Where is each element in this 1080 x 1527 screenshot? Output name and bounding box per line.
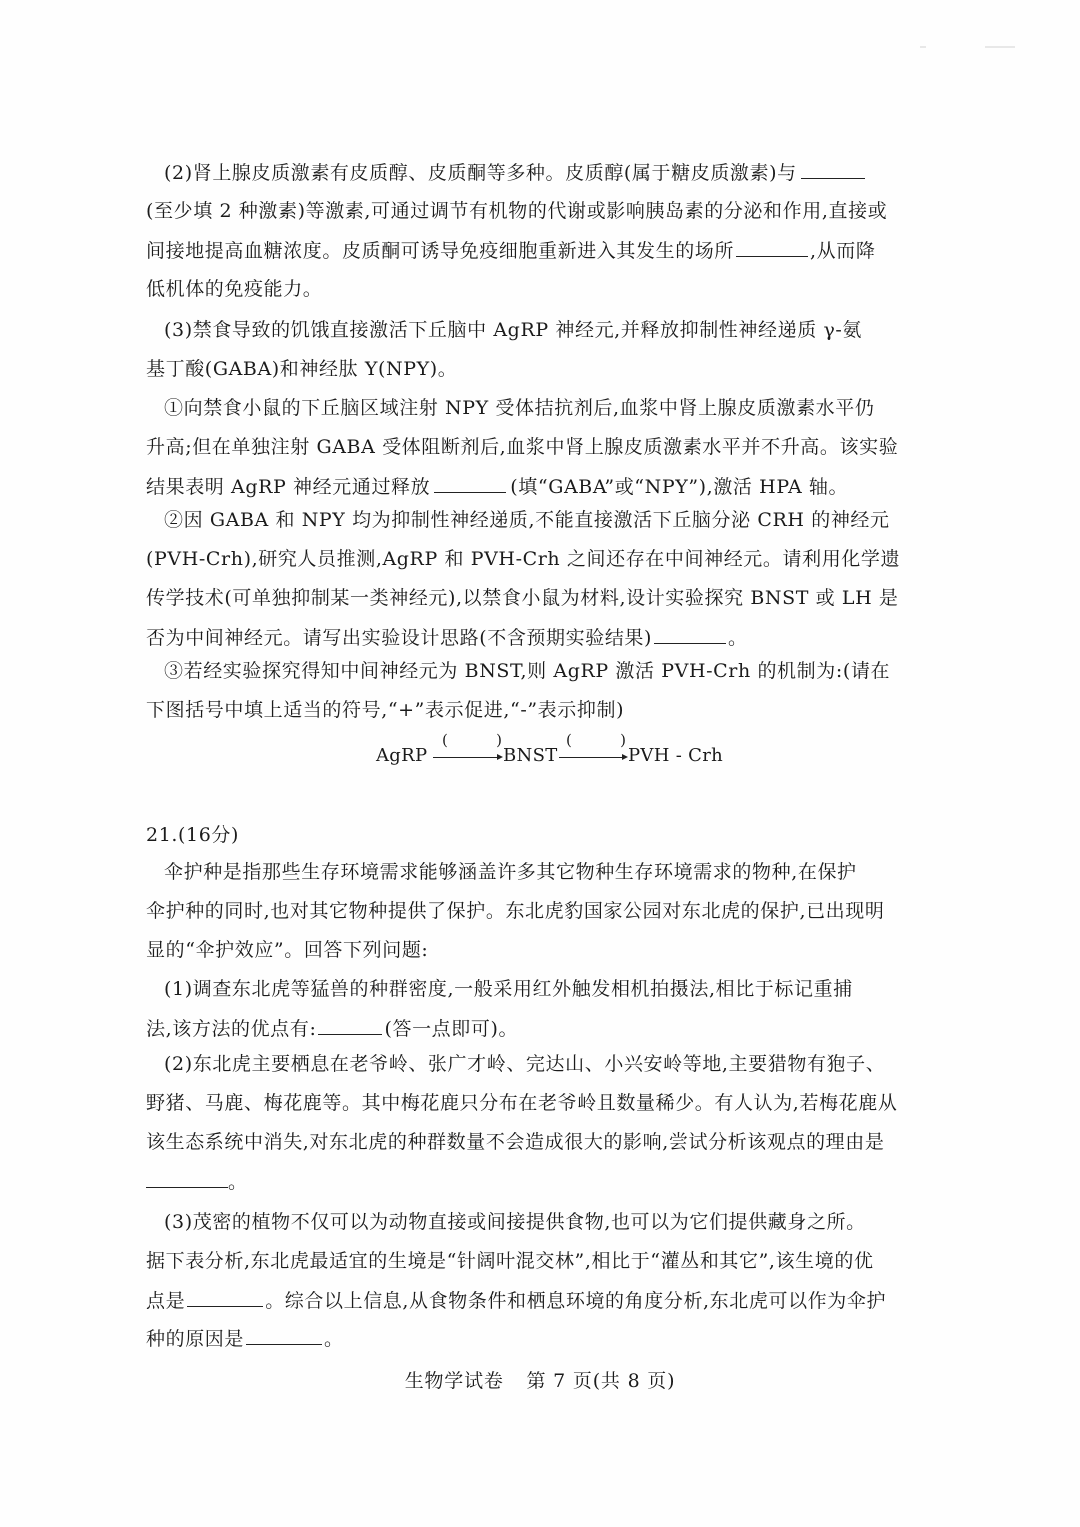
scan-artifact xyxy=(985,46,1015,48)
q20-part2-line4: 低机体的免疫能力。 xyxy=(146,277,946,301)
q20-sub1-line1: ①向禁食小鼠的下丘脑区域注射 NPY 受体拮抗剂后,血浆中肾上腺皮质激素水平仍 xyxy=(164,396,964,420)
q20-sub3-line2: 下图括号中填上适当的符号,“+”表示促进,“-”表示抑制) xyxy=(146,698,946,722)
q20-sub3-line1: ③若经实验探究得知中间神经元为 BNST,则 AgRP 激活 PVH-Crh 的… xyxy=(164,659,964,683)
q20-sub2-line2: (PVH-Crh),研究人员推测,AgRP 和 PVH-Crh 之间还存在中间神… xyxy=(146,547,946,571)
q20-part3-line2: 基丁酸(GABA)和神经肽 Y(NPY)。 xyxy=(146,357,946,381)
text: 。 xyxy=(228,1171,248,1193)
q21-part3-line4: 种的原因是。 xyxy=(146,1326,946,1351)
paren-open: ( xyxy=(566,731,572,749)
node-bnst: BNST xyxy=(503,745,558,766)
answer-blank[interactable] xyxy=(654,625,726,644)
answer-blank[interactable] xyxy=(736,238,808,257)
text: (答一点即可)。 xyxy=(384,1018,518,1040)
q20-sub2-line1: ②因 GABA 和 NPY 均为抑制性神经递质,不能直接激活下丘脑分泌 CRH … xyxy=(164,508,964,532)
q20-part2-line3: 间接地提高血糖浓度。皮质酮可诱导免疫细胞重新进入其发生的场所,从而降 xyxy=(146,238,946,263)
answer-blank[interactable] xyxy=(318,1016,382,1035)
blank-parens-1[interactable]: ( ) xyxy=(442,731,502,749)
node-pvh-crh: PVH - Crh xyxy=(628,745,723,766)
paren-close: ) xyxy=(496,731,502,749)
q20-sub2-line4: 否为中间神经元。请写出实验设计思路(不含预期实验结果)。 xyxy=(146,625,946,650)
q20-sub1-line2: 升高;但在单独注射 GABA 受体阻断剂后,血浆中肾上腺皮质激素水平并不升高。该… xyxy=(146,435,946,459)
text: 。 xyxy=(324,1328,344,1350)
q21-part2-line4: 。 xyxy=(146,1169,946,1194)
blank-parens-2[interactable]: ( ) xyxy=(566,731,626,749)
exam-page: (2)肾上腺皮质激素有皮质醇、皮质酮等多种。皮质醇(属于糖皮质激素)与 (至少填… xyxy=(0,0,1080,1527)
q21-part3-line3: 点是。综合以上信息,从食物条件和栖息环境的角度分析,东北虎可以作为伞护 xyxy=(146,1288,946,1313)
q20-part2-line1: (2)肾上腺皮质激素有皮质醇、皮质酮等多种。皮质醇(属于糖皮质激素)与 xyxy=(164,160,944,185)
page-footer: 生物学试卷 第 7 页(共 8 页) xyxy=(0,1366,1080,1393)
q21-header: 21.(16分) xyxy=(146,823,946,847)
text: 法,该方法的优点有: xyxy=(146,1018,316,1040)
paren-close: ) xyxy=(620,731,626,749)
text: 否为中间神经元。请写出实验设计思路(不含预期实验结果) xyxy=(146,627,652,649)
q21-part3-line1: (3)茂密的植物不仅可以为动物直接或间接提供食物,也可以为它们提供藏身之所。 xyxy=(164,1210,964,1234)
answer-blank[interactable] xyxy=(146,1169,228,1188)
answer-blank[interactable] xyxy=(801,160,865,179)
q21-intro-line2: 伞护种的同时,也对其它物种提供了保护。东北虎豹国家公园对东北虎的保护,已出现明 xyxy=(146,899,946,923)
text: 种的原因是 xyxy=(146,1328,244,1350)
text: 间接地提高血糖浓度。皮质酮可诱导免疫细胞重新进入其发生的场所 xyxy=(146,240,734,262)
text: 结果表明 AgRP 神经元通过释放 xyxy=(146,476,430,498)
q20-part3-line1: (3)禁食导致的饥饿直接激活下丘脑中 AgRP 神经元,并释放抑制性神经递质 γ… xyxy=(164,318,964,342)
footer-page-number: 第 7 页(共 8 页) xyxy=(527,1370,676,1392)
text: (填“GABA”或“NPY”),激活 HPA 轴。 xyxy=(510,476,848,498)
text: 。综合以上信息,从食物条件和栖息环境的角度分析,东北虎可以作为伞护 xyxy=(265,1290,886,1312)
scan-artifact xyxy=(920,46,926,48)
footer-subject: 生物学试卷 xyxy=(405,1370,504,1392)
text: 。 xyxy=(728,627,748,649)
text: (2)肾上腺皮质激素有皮质醇、皮质酮等多种。皮质醇(属于糖皮质激素)与 xyxy=(164,162,797,184)
q21-part2-line1: (2)东北虎主要栖息在老爷岭、张广才岭、完达山、小兴安岭等地,主要猎物有狍子、 xyxy=(164,1052,964,1076)
arrow-icon xyxy=(559,757,626,758)
q21-intro-line1: 伞护种是指那些生存环境需求能够涵盖许多其它物种生存环境需求的物种,在保护 xyxy=(164,860,964,884)
q21-part1-line1: (1)调查东北虎等猛兽的种群密度,一般采用红外触发相机拍摄法,相比于标记重捕 xyxy=(164,977,964,1001)
q21-intro-line3: 显的“伞护效应”。回答下列问题: xyxy=(146,938,946,962)
answer-blank[interactable] xyxy=(187,1288,263,1307)
node-agrp: AgRP xyxy=(376,745,427,766)
answer-blank[interactable] xyxy=(246,1326,322,1345)
q20-sub1-line3: 结果表明 AgRP 神经元通过释放(填“GABA”或“NPY”),激活 HPA … xyxy=(146,474,946,499)
answer-blank[interactable] xyxy=(434,474,506,493)
q20-sub2-line3: 传学技术(可单独抑制某一类神经元),以禁食小鼠为材料,设计实验探究 BNST 或… xyxy=(146,586,946,610)
q21-part2-line2: 野猪、马鹿、梅花鹿等。其中梅花鹿只分布在老爷岭且数量稀少。有人认为,若梅花鹿从 xyxy=(146,1091,946,1115)
q21-part2-line3: 该生态系统中消失,对东北虎的种群数量不会造成很大的影响,尝试分析该观点的理由是 xyxy=(146,1130,946,1154)
arrow-icon xyxy=(433,757,501,758)
q20-part2-line2: (至少填 2 种激素)等激素,可通过调节有机物的代谢或影响胰岛素的分泌和作用,直… xyxy=(146,199,946,223)
q21-part1-line2: 法,该方法的优点有:(答一点即可)。 xyxy=(146,1016,946,1041)
q21-part3-line2: 据下表分析,东北虎最适宜的生境是“针阔叶混交林”,相比于“灌丛和其它”,该生境的… xyxy=(146,1249,946,1273)
text: ,从而降 xyxy=(810,240,875,262)
text: 点是 xyxy=(146,1290,185,1312)
paren-open: ( xyxy=(442,731,448,749)
